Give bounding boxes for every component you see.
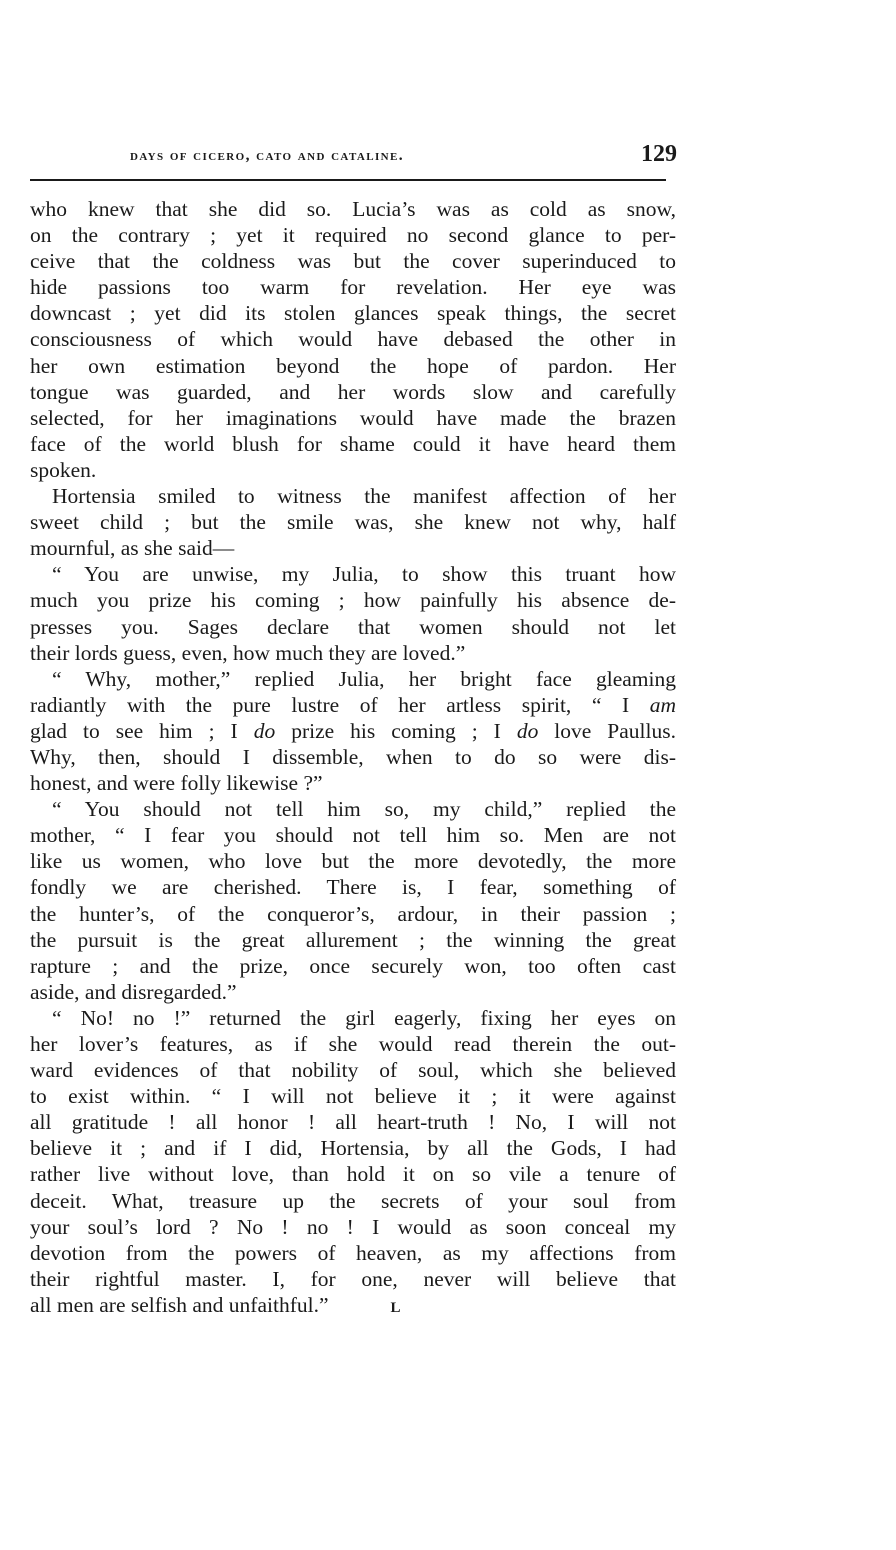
text-line: ceive that the coldness was but the cove… <box>30 248 676 274</box>
italic-emphasis: do <box>517 719 539 743</box>
text-line: the pursuit is the great allurement ; th… <box>30 927 676 953</box>
text-line: your soul’s lord ? No ! no ! I would as … <box>30 1214 676 1240</box>
running-head: Days of Cicero, Cato and Cataline. 129 <box>30 143 670 173</box>
text-line: aside, and disregarded.” <box>30 979 676 1005</box>
paragraph-start-line: Hortensia smiled to witness the manifest… <box>30 483 676 509</box>
text-line: consciousness of which would have debase… <box>30 326 676 352</box>
page-number: 129 <box>641 141 677 168</box>
text-line: to exist within. “ I will not believe it… <box>30 1083 676 1109</box>
text-line: who knew that she did so. Lucia’s was as… <box>30 196 676 222</box>
text-line: rapture ; and the prize, once securely w… <box>30 953 676 979</box>
running-title: Days of Cicero, Cato and Cataline. <box>130 147 404 165</box>
signature-mark: L <box>391 1295 401 1321</box>
text-line: like us women, who love but the more dev… <box>30 848 676 874</box>
paragraph-start-line: “ Why, mother,” replied Julia, her brigh… <box>30 666 676 692</box>
text-line: their rightful master. I, for one, never… <box>30 1266 676 1292</box>
text-line: all gratitude ! all honor ! all heart-tr… <box>30 1109 676 1135</box>
text-line: rather live without love, than hold it o… <box>30 1161 676 1187</box>
text-line: much you prize his coming ; how painfull… <box>30 587 676 613</box>
text-line: face of the world blush for shame could … <box>30 431 676 457</box>
text-line: selected, for her imaginations would hav… <box>30 405 676 431</box>
text-line: the hunter’s, of the conqueror’s, ardour… <box>30 901 676 927</box>
final-line-text: all men are selfish and unfaithful.” <box>30 1293 329 1317</box>
text-line: hide passions too warm for revelation. H… <box>30 274 676 300</box>
text-line: downcast ; yet did its stolen glances sp… <box>30 300 676 326</box>
text-line: honest, and were folly likewise ?” <box>30 770 676 796</box>
text-line: their lords guess, even, how much they a… <box>30 640 676 666</box>
text-line: mournful, as she said— <box>30 535 676 561</box>
text-line: deceit. What, treasure up the secrets of… <box>30 1188 676 1214</box>
final-line: all men are selfish and unfaithful.”L <box>30 1292 676 1318</box>
text-line: ward evidences of that nobility of soul,… <box>30 1057 676 1083</box>
text-line: her lover’s features, as if she would re… <box>30 1031 676 1057</box>
italic-emphasis: do <box>254 719 276 743</box>
text-line: spoken. <box>30 457 676 483</box>
text-line-with-italic: radiantly with the pure lustre of her ar… <box>30 692 676 718</box>
book-page: Days of Cicero, Cato and Cataline. 129 w… <box>0 0 896 1550</box>
italic-emphasis: am <box>650 693 676 717</box>
text-line: mother, “ I fear you should not tell him… <box>30 822 676 848</box>
paragraph-start-line: “ You should not tell him so, my child,”… <box>30 796 676 822</box>
text-line: presses you. Sages declare that women sh… <box>30 614 676 640</box>
paragraph-start-line: “ You are unwise, my Julia, to show this… <box>30 561 676 587</box>
body-text: who knew that she did so. Lucia’s was as… <box>30 196 676 1318</box>
text-line: believe it ; and if I did, Hortensia, by… <box>30 1135 676 1161</box>
text-line: on the contrary ; yet it required no sec… <box>30 222 676 248</box>
text-line: sweet child ; but the smile was, she kne… <box>30 509 676 535</box>
header-rule <box>30 179 666 181</box>
paragraph-start-line: “ No! no !” returned the girl eagerly, f… <box>30 1005 676 1031</box>
text-line: her own estimation beyond the hope of pa… <box>30 353 676 379</box>
text-line: tongue was guarded, and her words slow a… <box>30 379 676 405</box>
text-line: fondly we are cherished. There is, I fea… <box>30 874 676 900</box>
text-line-with-italic: glad to see him ; I do prize his coming … <box>30 718 676 744</box>
text-line: devotion from the powers of heaven, as m… <box>30 1240 676 1266</box>
text-line: Why, then, should I dissemble, when to d… <box>30 744 676 770</box>
